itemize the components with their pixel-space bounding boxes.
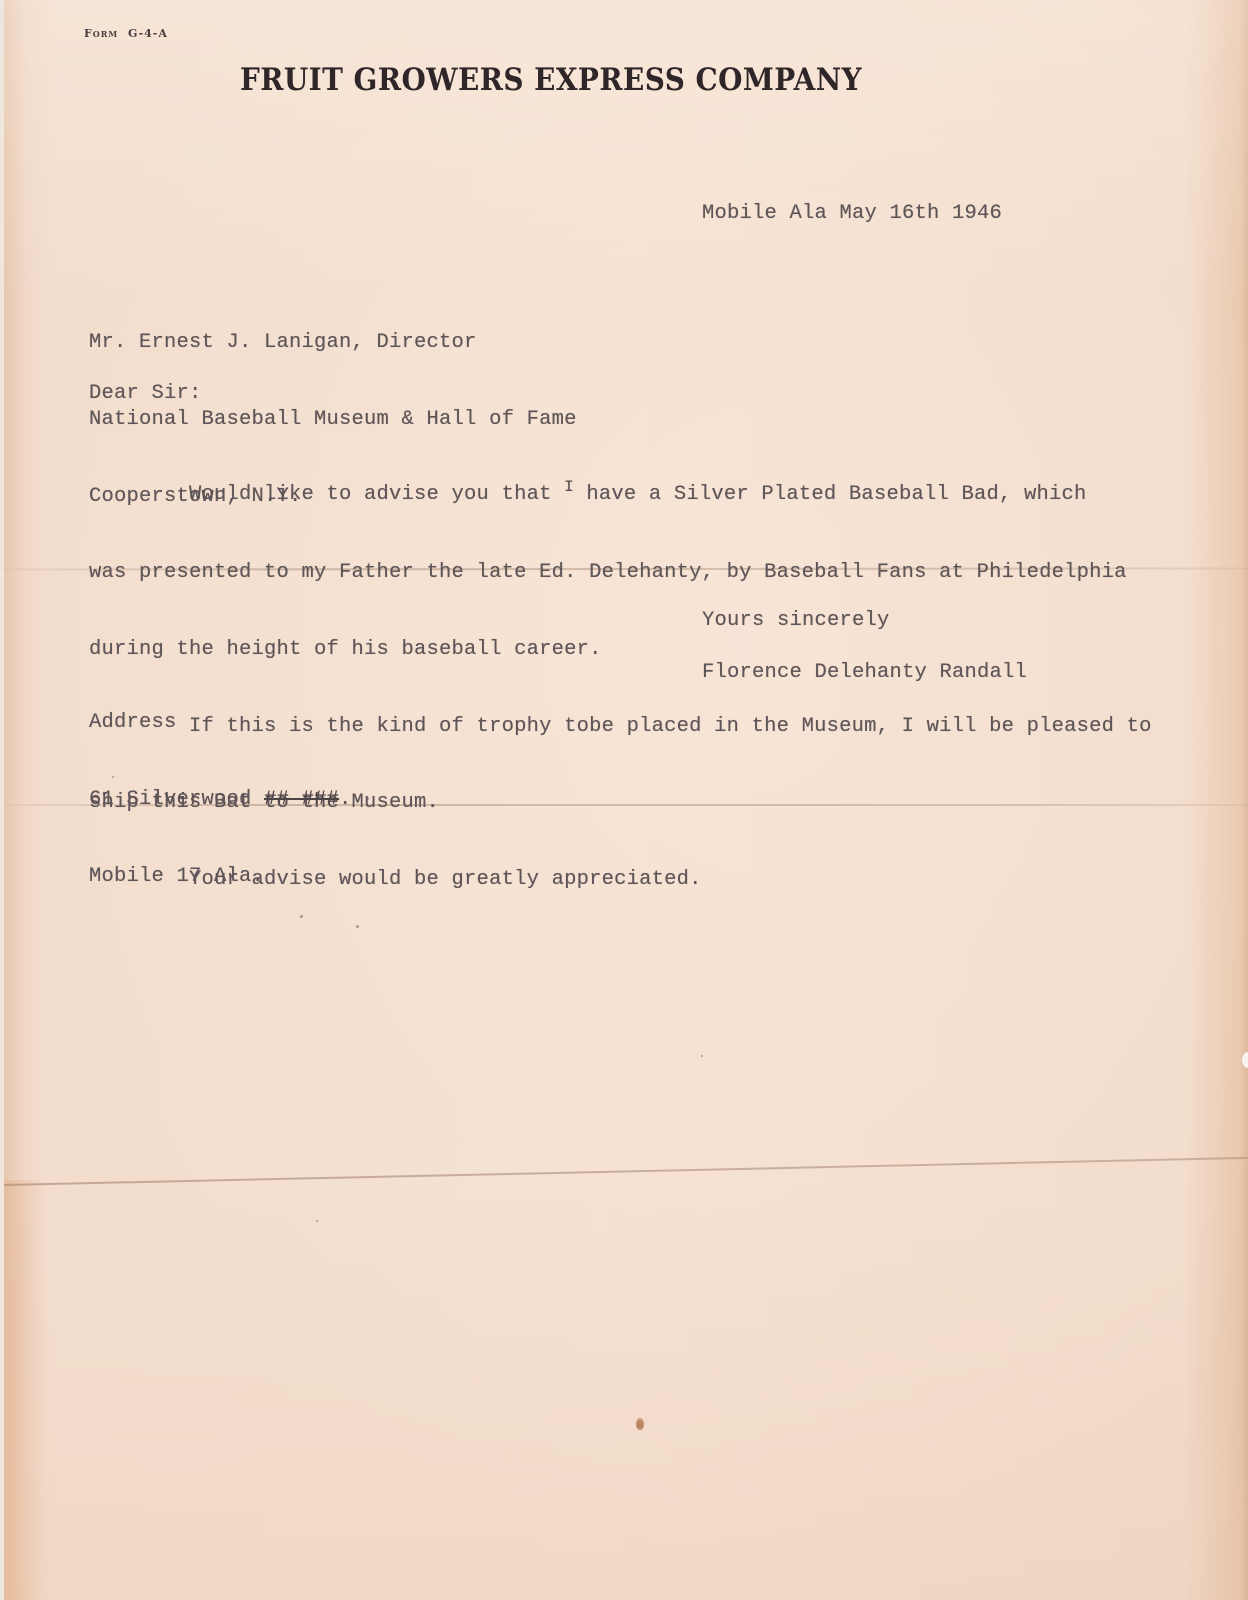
salutation: Dear Sir: [89,381,202,407]
recipient-name-line: Mr. Ernest J. Lanigan, Director [89,330,577,356]
paper-tear [1242,1052,1248,1068]
body-text-segment: Would like to advise you that [89,483,564,506]
raised-letter: I [564,478,574,496]
closing: Yours sincerely [702,608,890,634]
street-end: . [339,788,352,811]
date-line: Mobile Ala May 16th 1946 [702,201,1002,227]
fold-crease [4,1157,1248,1186]
body-text-segment: have a Silver Plated Baseball Bad, which [574,483,1087,506]
form-code-number: G-4-A [128,27,168,40]
body-line: was presented to my Father the late Ed. … [89,560,1152,586]
signature-name: Florence Delehanty Randall [702,660,1027,686]
form-code-prefix: Form [84,27,118,40]
ink-stain [636,1418,644,1430]
company-letterhead: FRUIT GROWERS EXPRESS COMPANY [240,62,924,98]
sender-address-label: Address [89,710,352,736]
form-code: Form G-4-A [84,27,168,40]
paper-speck [701,1055,703,1057]
struck-out-text: ## ### [264,788,339,811]
street-text: 61 Silverwood [89,788,264,811]
sender-street-line: 61 Silverwood ## ###. [89,787,352,813]
recipient-organization-line: National Baseball Museum & Hall of Fame [89,407,577,433]
paper-speck [316,1220,318,1222]
sender-address: Address 61 Silverwood ## ###. Mobile 17 … [89,659,352,941]
sender-city-line: Mobile 17 Ala. [89,864,352,890]
body-line: Would like to advise you that I have a S… [89,482,1152,509]
letter-page: Form G-4-A FRUIT GROWERS EXPRESS COMPANY… [4,0,1248,1600]
paper-stain [4,1180,44,1600]
